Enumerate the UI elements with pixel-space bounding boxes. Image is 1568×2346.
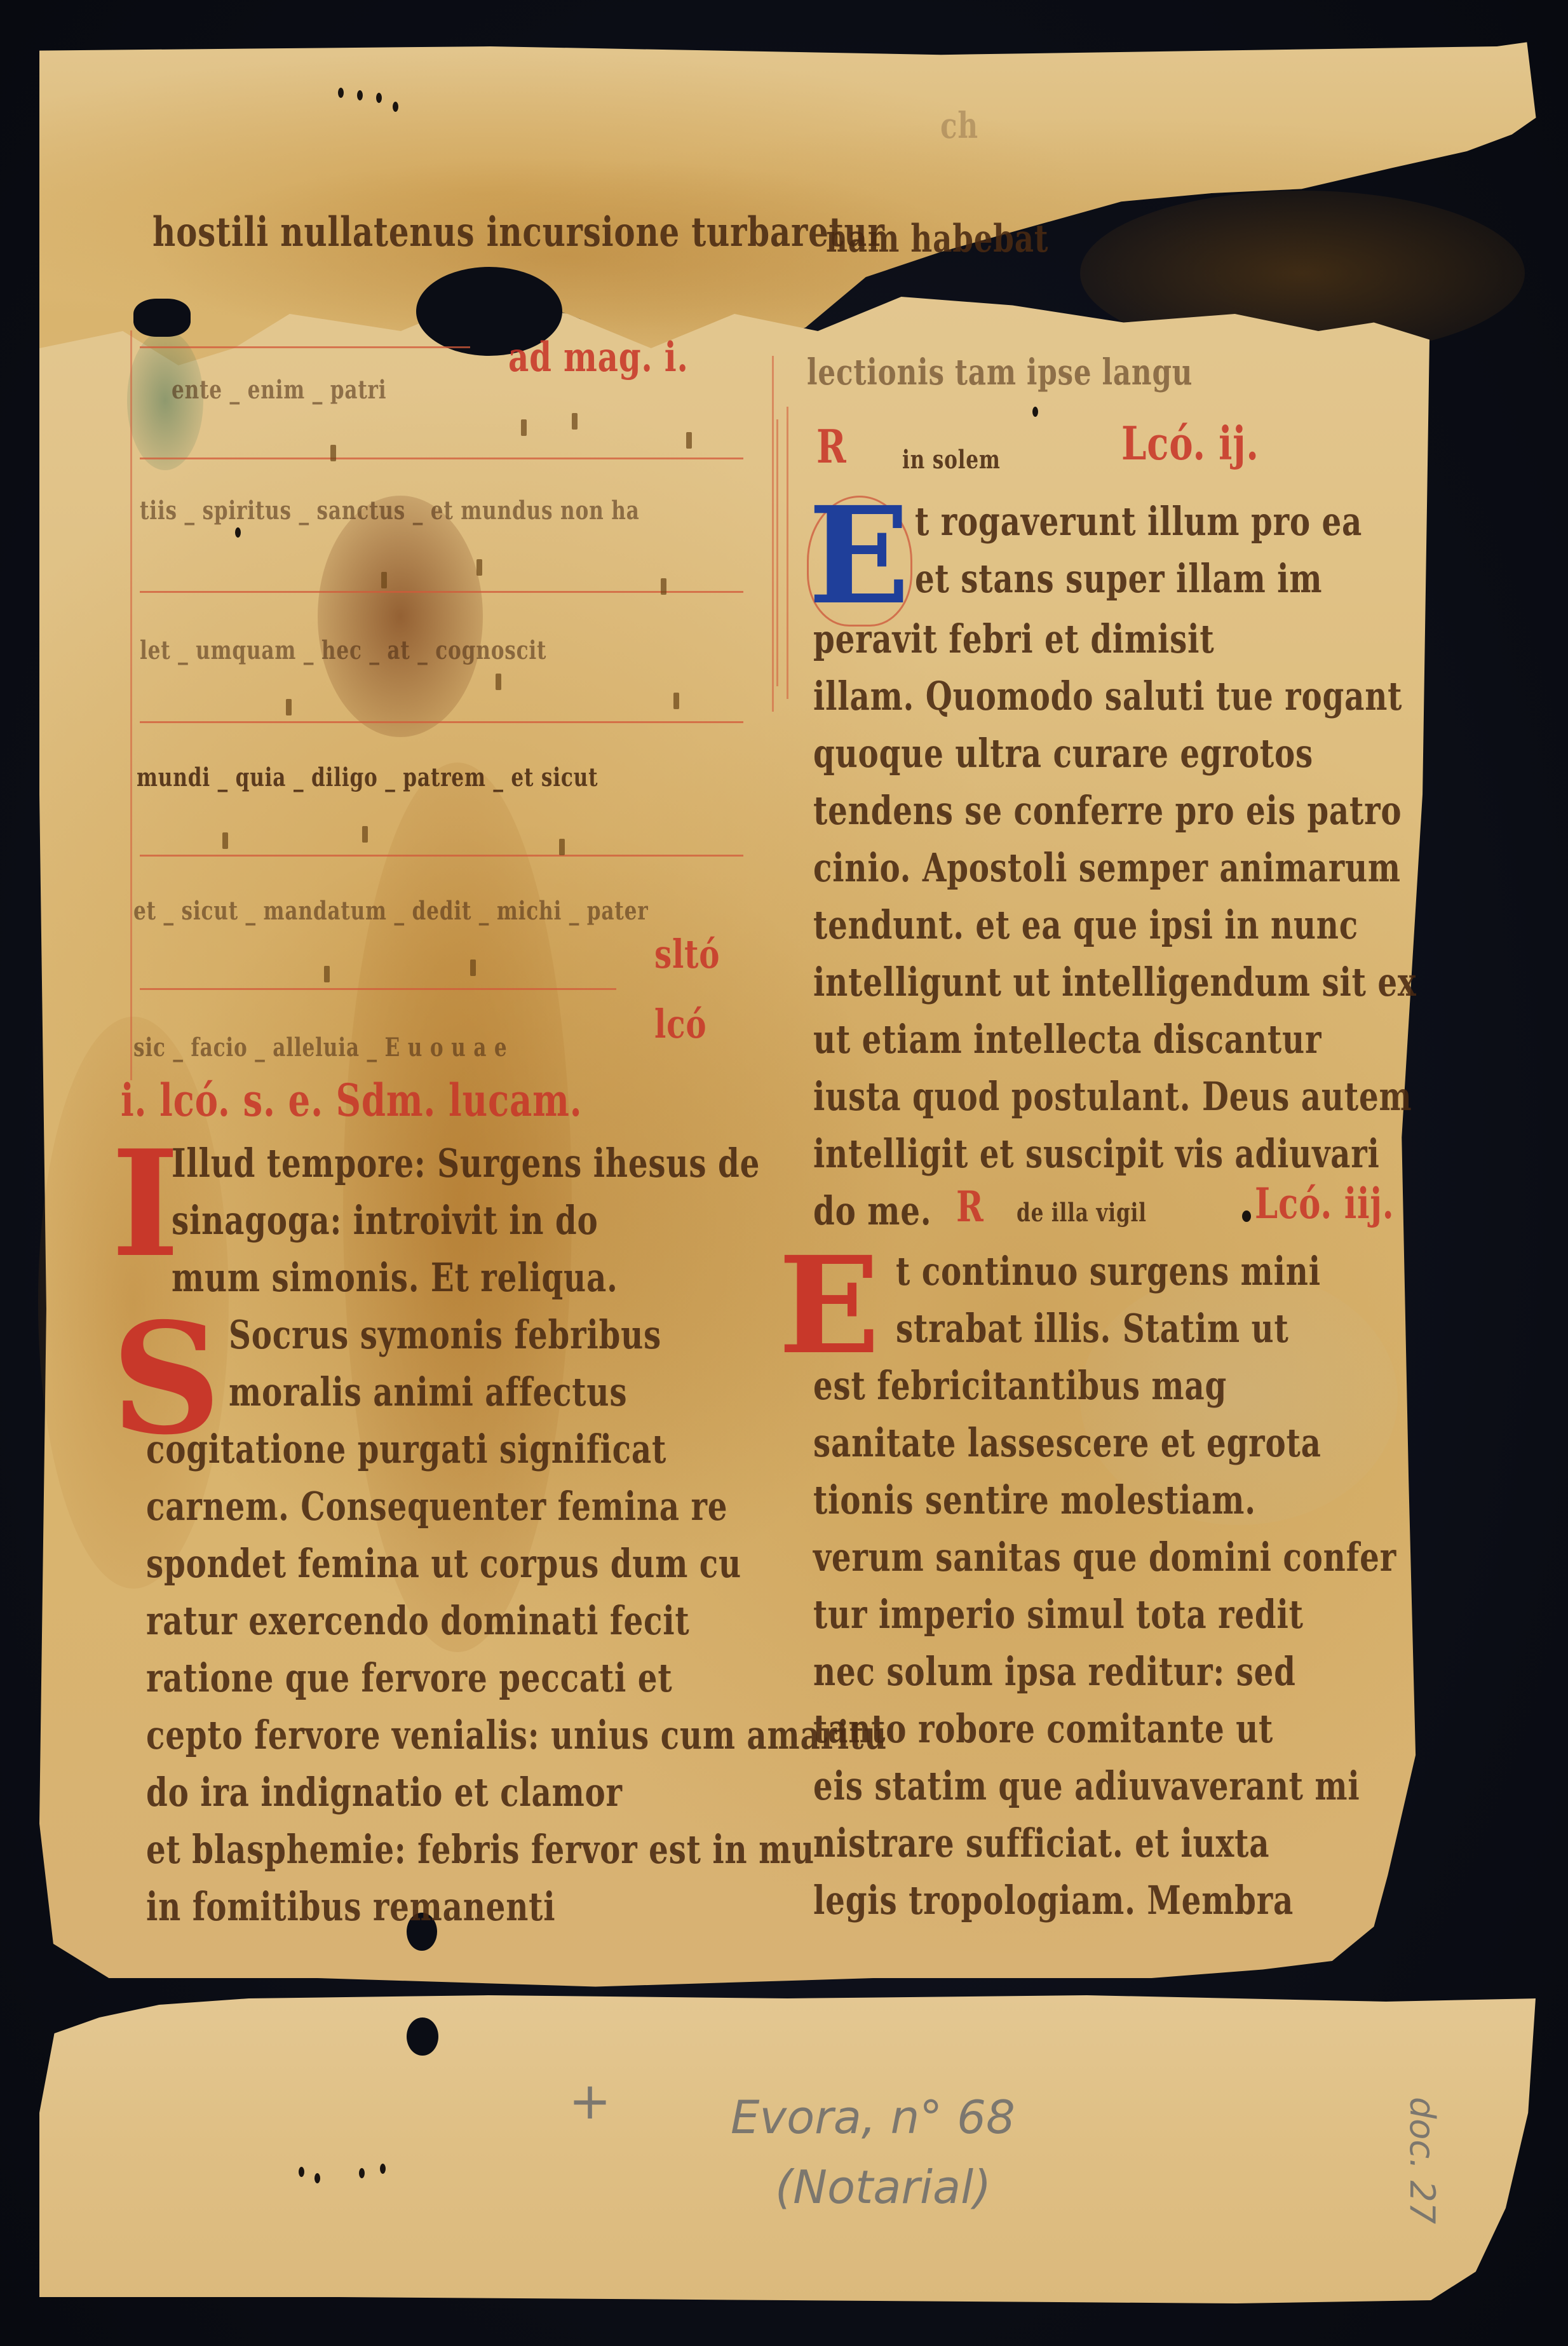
- text-line: quoque ultra curare egrotos: [813, 734, 1313, 773]
- pinhole: [1032, 407, 1038, 417]
- pinhole: [338, 88, 344, 98]
- response-text: in solem: [902, 445, 1001, 475]
- filigree-line: [776, 419, 778, 686]
- neume: [330, 445, 336, 461]
- text-line: in fomitibus remanenti: [146, 1887, 555, 1927]
- staff-line: [140, 721, 743, 723]
- chant-text-line: tiis _ spiritus _ sanctus _ et mundus no…: [140, 496, 640, 525]
- text-line: tanto robore comitante ut: [813, 1709, 1273, 1749]
- pinhole: [235, 527, 241, 538]
- text-line: moralis animi affectus: [229, 1373, 627, 1412]
- staff-line: [140, 346, 470, 348]
- text-line: nistrare sufficiat. et iuxta: [813, 1824, 1269, 1863]
- text-line: do ira indignatio et clamor: [146, 1773, 623, 1812]
- doc-number: doc. 27: [1402, 2097, 1442, 2224]
- parchment-hole: [133, 299, 191, 337]
- text-line: cinio. Apostoli semper animarum: [813, 848, 1401, 888]
- chant-text-line: ente _ enim _ patri: [172, 375, 386, 405]
- pinhole: [1242, 1210, 1251, 1222]
- text-line: iusta quod postulant. Deus autem: [813, 1077, 1412, 1116]
- response-text-2: de illa vigil: [1017, 1198, 1147, 1228]
- staff-line: [140, 988, 616, 990]
- neume: [222, 832, 228, 849]
- text-line: et stans super illam im: [915, 559, 1322, 599]
- archive-label-line-2: (Notarial): [775, 2160, 991, 2214]
- pinhole: [299, 2167, 304, 2177]
- text-line: peravit febri et dimisit: [813, 620, 1214, 659]
- text-line: tendens se conferre pro eis patro: [813, 791, 1402, 831]
- right-top-fragment: lectionis tam ipse langu: [807, 353, 1193, 392]
- neume: [661, 578, 666, 595]
- neume: [572, 413, 578, 430]
- neume: [521, 419, 527, 436]
- staff-line: [140, 458, 743, 459]
- archive-label-line-1: Evora, n° 68: [731, 2091, 1015, 2144]
- neume: [496, 674, 501, 690]
- margin-ruling: [130, 330, 132, 1080]
- response-mark: R: [816, 419, 846, 473]
- initial-E-blue: E: [808, 489, 910, 623]
- initial-E-red: E: [778, 1239, 880, 1373]
- parchment-bottom-strip: [39, 1986, 1536, 2303]
- text-line: sinagoga: introivit in do: [172, 1201, 598, 1240]
- neume: [362, 826, 368, 843]
- staff-line: [140, 855, 743, 857]
- text-line: nec solum ipsa reditur: sed: [813, 1652, 1296, 1692]
- text-line: t continuo surgens mini: [896, 1252, 1321, 1291]
- text-line: cogitatione purgati significat: [146, 1430, 666, 1469]
- neume: [381, 572, 387, 588]
- text-line: do me.: [813, 1191, 931, 1231]
- text-line: ratione que fervore peccati et: [146, 1658, 672, 1698]
- response-mark-2: R: [956, 1182, 984, 1231]
- section-rubric: i. lcó. s. e. Sdm. lucam.: [121, 1074, 582, 1127]
- text-line: legis tropologiam. Membra: [813, 1881, 1294, 1920]
- chant-text-line: mundi _ quia _ diligo _ patrem _ et sicu…: [137, 763, 598, 792]
- top-strip-line-right: nam habebat: [826, 219, 1048, 259]
- neume: [673, 693, 679, 709]
- side-rubric-2: lcó: [654, 1001, 706, 1047]
- text-line: strabat illis. Statim ut: [896, 1309, 1289, 1348]
- text-line: Illud tempore: Surgens ihesus de: [172, 1144, 760, 1183]
- text-line: cepto fervore venialis: unius cum amarit…: [146, 1716, 887, 1755]
- text-line: sanitate lassescere et egrota: [813, 1423, 1321, 1463]
- pinhole: [393, 102, 398, 112]
- side-rubric-1: sltó: [654, 931, 720, 977]
- text-line: tur imperio simul tota redit: [813, 1595, 1304, 1634]
- text-line: spondet femina ut corpus dum cu: [146, 1544, 741, 1583]
- pinhole: [357, 90, 363, 100]
- pinhole: [380, 2164, 386, 2174]
- chant-rubric: ad mag. i.: [508, 334, 689, 381]
- text-line: est febricitantibus mag: [813, 1366, 1227, 1406]
- chant-text-line: let _ umquam _ hec _ at _ cognoscit: [140, 635, 546, 665]
- text-line: eis statim que adiuvaverant mi: [813, 1766, 1360, 1806]
- column-ruling: [772, 356, 774, 712]
- filigree-line: [787, 407, 788, 699]
- top-strip-line-left: hostili nullatenus incursione turbaretur: [152, 213, 885, 252]
- neume: [476, 559, 482, 576]
- text-line: ut etiam intellecta discantur: [813, 1020, 1321, 1059]
- text-line: mum simonis. Et reliqua.: [172, 1258, 618, 1298]
- parchment-hole: [407, 2017, 438, 2056]
- text-line: Socrus symonis febribus: [229, 1315, 661, 1355]
- text-line: ratur exercendo dominati fecit: [146, 1601, 690, 1641]
- text-line: intelligunt ut intelligendum sit ex: [813, 963, 1417, 1002]
- neume: [324, 966, 330, 982]
- initial-I: I: [111, 1131, 180, 1277]
- text-line: intelligit et suscipit vis adiuvari: [813, 1134, 1380, 1174]
- faint-top-note: ch: [940, 105, 978, 147]
- text-line: verum sanitas que domini confer: [813, 1538, 1396, 1577]
- lesson-rubric-2: Lcó. ij.: [1121, 416, 1259, 470]
- chant-text-line: sic _ facio _ alleluia _ E u o u a e: [133, 1033, 507, 1062]
- neume: [686, 432, 692, 449]
- pinhole: [376, 93, 382, 103]
- text-line: carnem. Consequenter femina re: [146, 1487, 727, 1526]
- staff-line: [140, 591, 743, 593]
- neume: [286, 699, 292, 715]
- pinhole: [314, 2173, 320, 2183]
- text-line: illam. Quomodo saluti tue rogant: [813, 677, 1402, 716]
- chant-text-line: et _ sicut _ mandatum _ dedit _ michi _ …: [133, 896, 648, 926]
- text-line: et blasphemie: febris fervor est in mu: [146, 1830, 814, 1869]
- pinhole: [359, 2168, 365, 2178]
- text-line: tionis sentire molestiam.: [813, 1481, 1256, 1520]
- neume: [470, 959, 476, 976]
- text-line: tendunt. et ea que ipsi in nunc: [813, 905, 1358, 945]
- pencil-cross: +: [569, 2071, 611, 2131]
- neume: [559, 839, 565, 855]
- lesson-rubric-3: Lcó. iij.: [1255, 1179, 1395, 1228]
- text-line: t rogaverunt illum pro ea: [915, 502, 1362, 541]
